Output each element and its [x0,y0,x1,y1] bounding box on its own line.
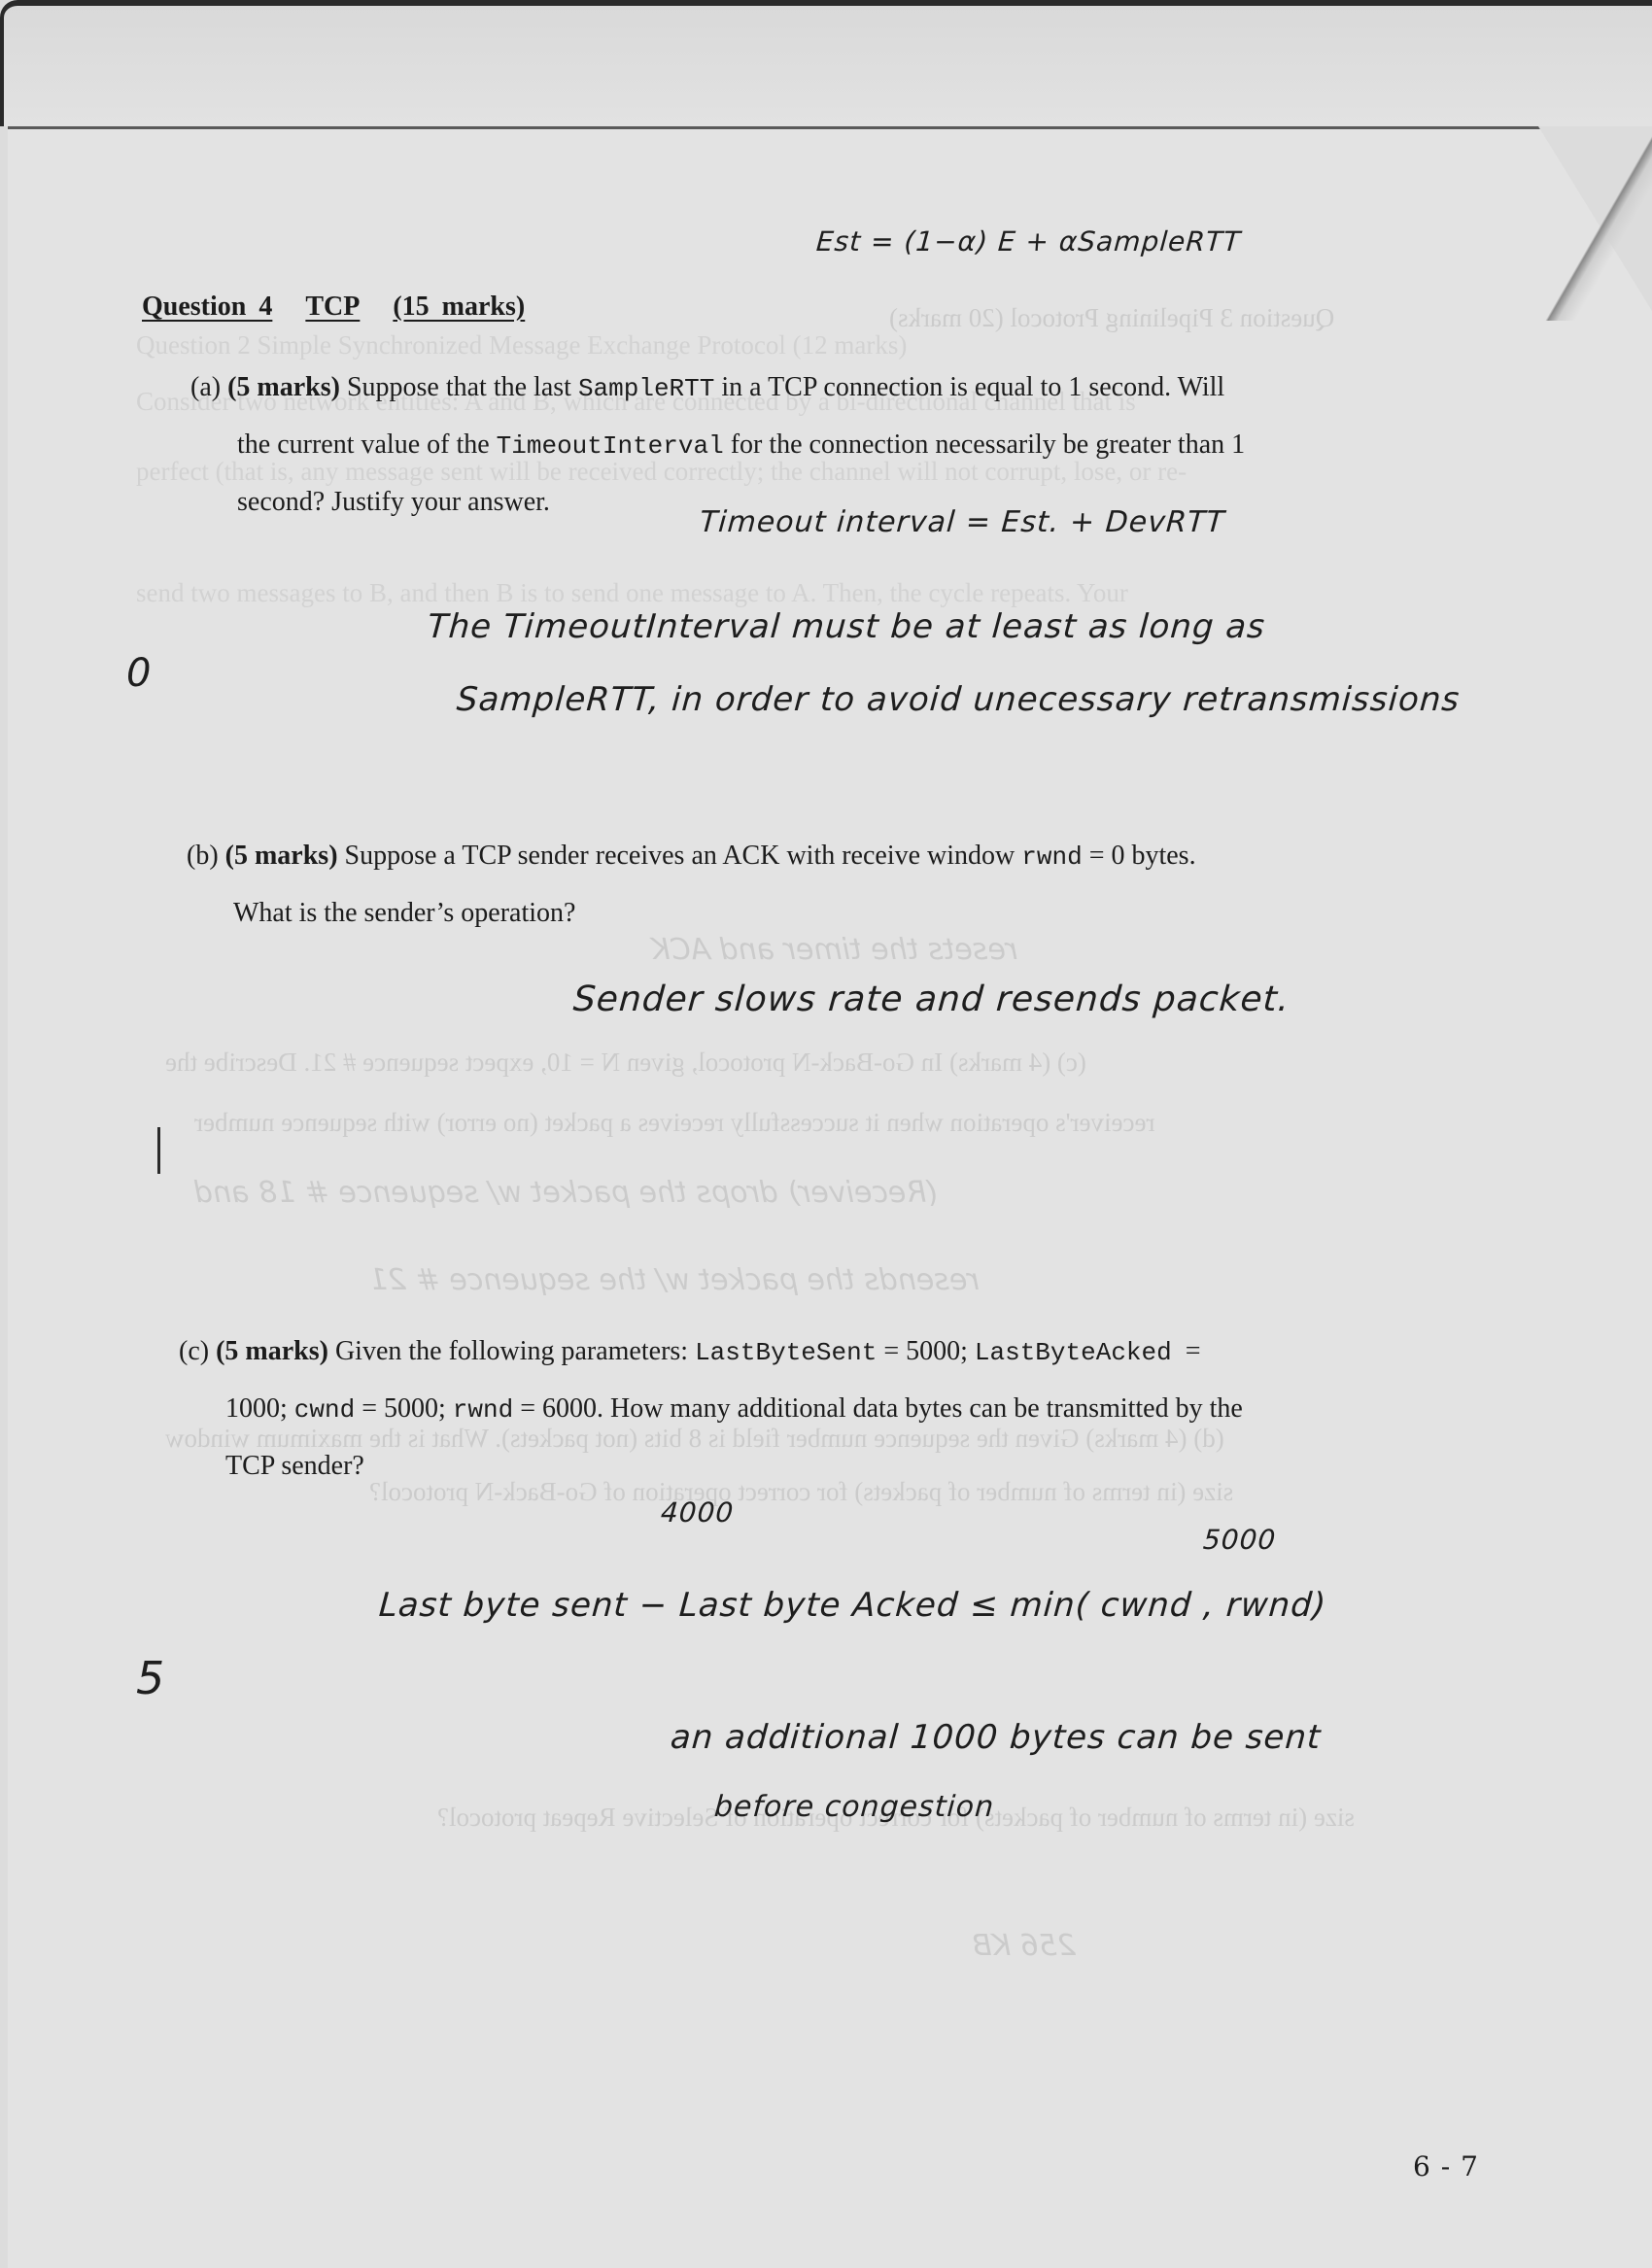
code-term: rwnd [453,1395,513,1425]
part-marks: (5 marks) [225,841,338,871]
question-title: Question 4TCP(15 marks) [142,292,525,323]
handwritten-answer-a-line2: SampleRTT, in order to avoid unecessary … [456,680,1462,719]
handwritten-timeout-formula: Timeout interval = Est. + DevRTT [699,505,1226,539]
handwritten-answer-c-line2: before congestion [713,1790,996,1824]
code-term: SampleRTT [578,374,714,403]
ghost-text: (c) (4 marks) In Go-Back-N protocol, giv… [165,1048,1086,1078]
ghost-text: Question 3 Pipelining Protocol (20 marks… [889,303,1334,333]
handwritten-window-formula: Last byte sent − Last byte Acked ≤ min( … [378,1586,1328,1625]
ghost-text: send two messages to B, and then B is to… [136,578,1128,608]
part-label: (b) [187,841,219,871]
handwritten-ewma-formula: Est = (1−α) E + αSampleRTT [815,225,1242,258]
question-number: Question 4 [142,292,272,322]
handwritten-answer-a-line1: The TimeoutInterval must be at least as … [427,607,1267,646]
part-label: (c) [179,1336,209,1366]
question-topic: TCP [305,292,360,322]
handwritten-answer-c-line1: an additional 1000 bytes can be sent [670,1718,1323,1757]
ghost-text: receiver's operation when it successfull… [194,1108,1154,1138]
scanner-background [0,0,1652,126]
part-marks: (5 marks) [227,372,340,402]
handwritten-answer-b: Sender slows rate and resends packet. [572,979,1291,1019]
ghost-handwriting: resends the packet w/ the sequence # 21 [369,1263,980,1297]
code-term: LastByteSent [695,1338,877,1367]
ghost-handwriting: 256 KB [972,1929,1076,1963]
handwritten-note-4000: 4000 [660,1496,736,1529]
part-c-question: (c) (5 marks) Given the following parame… [179,1323,1520,1494]
ghost-handwriting: (Receiver) drops the packet w/ sequence … [194,1176,938,1210]
part-b-question: (b) (5 marks) Suppose a TCP sender recei… [187,828,1528,941]
part-a-question: (a) (5 marks) Suppose that the last Samp… [190,360,1532,530]
score-part-c: 5 [136,1652,164,1704]
code-term: TimeoutInterval [497,431,724,461]
question-marks: (15 marks) [393,292,525,322]
ghost-text: Question 2 Simple Synchronized Message E… [136,330,907,361]
part-marks: (5 marks) [216,1336,328,1366]
score-part-a: 0 [126,651,151,696]
page-number: 6 - 7 [1413,2150,1479,2182]
handwritten-note-5000: 5000 [1202,1524,1278,1556]
code-term: cwnd [294,1395,355,1425]
part-label: (a) [190,372,221,402]
code-term: LastByteAcked [975,1338,1172,1367]
code-term: rwnd [1021,842,1082,872]
